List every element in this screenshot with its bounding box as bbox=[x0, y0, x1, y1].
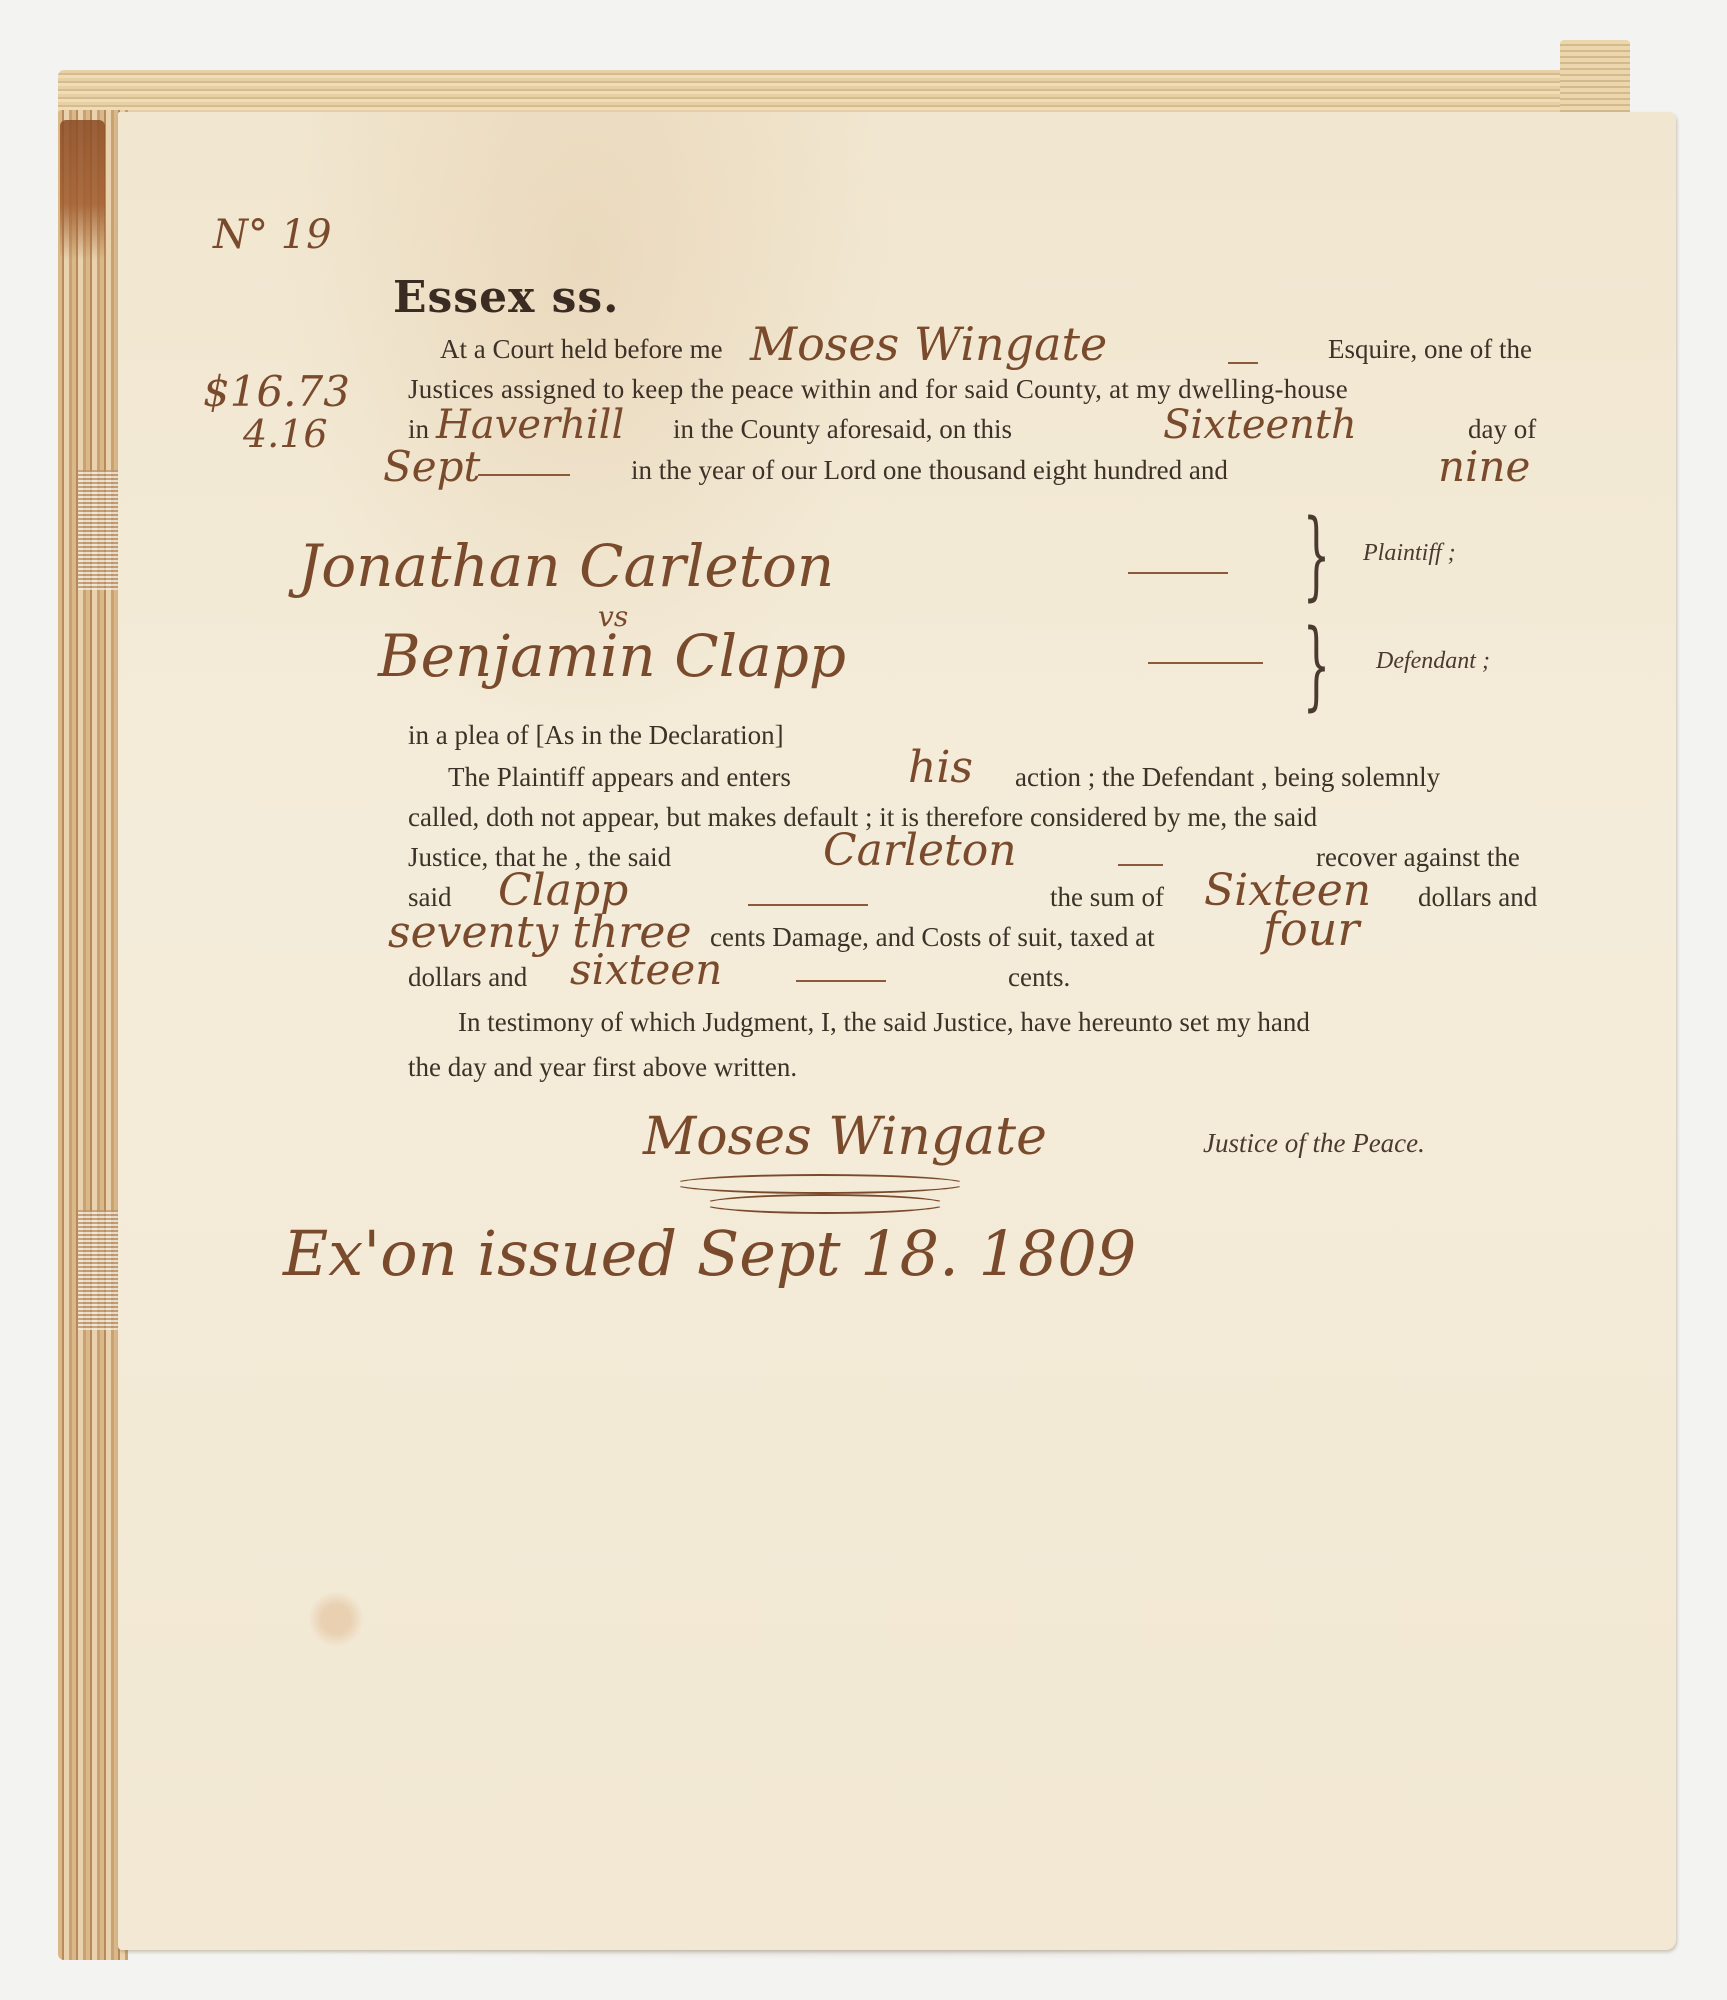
line1-text-a: At a Court held before me bbox=[440, 334, 723, 365]
testimony-line2: the day and year first above written. bbox=[408, 1052, 797, 1083]
costs-dollars-handwritten: four bbox=[1263, 902, 1359, 956]
defendant-brace: } bbox=[1303, 617, 1330, 713]
line3-text-b: in the County aforesaid, on this bbox=[673, 414, 1012, 445]
defendant-name-handwritten: Benjamin Clapp bbox=[378, 622, 846, 690]
pronoun-handwritten: his bbox=[908, 742, 973, 793]
plaintiff-label: Plaintiff ; bbox=[1363, 540, 1456, 567]
signature-flourish-1 bbox=[673, 1174, 967, 1194]
body-line5-a: cents Damage, and Costs of suit, taxed a… bbox=[710, 922, 1155, 953]
body-line6-b: cents. bbox=[1008, 962, 1070, 993]
body-line4-b: the sum of bbox=[1050, 882, 1164, 913]
testimony-line1: In testimony of which Judgment, I, the s… bbox=[458, 1007, 1310, 1038]
rust-stain bbox=[60, 120, 105, 260]
costs-cents-handwritten: sixteen bbox=[570, 945, 722, 994]
margin-damages: $16.73 bbox=[203, 367, 350, 416]
line3-text-c: day of bbox=[1468, 414, 1536, 445]
plaintiff-name-handwritten: Jonathan Carleton bbox=[298, 532, 834, 600]
document-page: N° 19 $16.73 4.16 Essex ss. At a Court h… bbox=[118, 112, 1676, 1950]
body-line6-a: dollars and bbox=[408, 962, 527, 993]
line1-dash bbox=[1228, 362, 1258, 364]
year-handwritten: nine bbox=[1438, 442, 1530, 491]
body-line6-dash bbox=[796, 980, 886, 982]
body-line3-dash bbox=[1118, 864, 1163, 866]
line4-dash bbox=[478, 474, 570, 476]
plaintiff-surname-handwritten: Carleton bbox=[823, 825, 1017, 876]
line4-text-a: in the year of our Lord one thousand eig… bbox=[631, 455, 1228, 486]
margin-costs: 4.16 bbox=[243, 412, 328, 456]
line1-text-b: Esquire, one of the bbox=[1328, 334, 1532, 365]
defendant-dash bbox=[1148, 662, 1263, 664]
line3-text-a: in bbox=[408, 414, 429, 445]
county-heading: Essex ss. bbox=[393, 272, 620, 323]
execution-note: Ex'on issued Sept 18. 1809 bbox=[283, 1217, 1136, 1290]
body-line4-dash bbox=[748, 904, 868, 906]
line2-text: Justices assigned to keep the peace with… bbox=[408, 374, 1348, 405]
month-handwritten: Sept bbox=[383, 442, 480, 491]
margin-number: N° 19 bbox=[213, 212, 332, 258]
day-handwritten: Sixteenth bbox=[1163, 402, 1357, 448]
plea-line: in a plea of [As in the Declaration] bbox=[408, 720, 784, 751]
body-line1-b: action ; the Defendant , being solemnly bbox=[1015, 762, 1440, 793]
justice-title: Justice of the Peace. bbox=[1203, 1128, 1425, 1159]
plaintiff-brace: } bbox=[1303, 507, 1330, 603]
body-line4-c: dollars and bbox=[1418, 882, 1537, 913]
justice-signature: Moses Wingate bbox=[643, 1107, 1047, 1167]
justice-name-handwritten: Moses Wingate bbox=[750, 317, 1107, 371]
plaintiff-dash bbox=[1128, 572, 1228, 574]
signature-flourish-2 bbox=[703, 1194, 947, 1214]
defendant-label: Defendant ; bbox=[1376, 648, 1490, 675]
body-line1-a: The Plaintiff appears and enters bbox=[448, 762, 791, 793]
